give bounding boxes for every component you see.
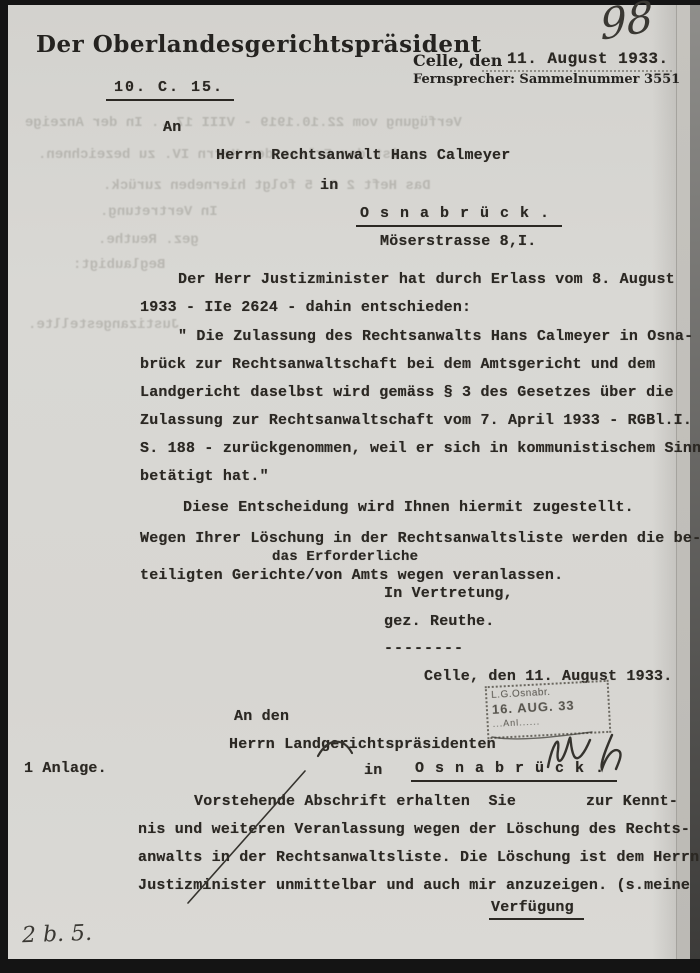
copy-body-line: nis und weiteren Veranlassung wegen der … — [138, 821, 690, 838]
place-label: Celle, den — [413, 51, 502, 70]
address-street: Möserstrasse 8,I. — [380, 233, 536, 250]
bleedthrough-line: Verfügung vom 22.10.1919 - VIII 17 ,. In… — [25, 115, 462, 131]
copy-recipient: Herrn Landgerichtspräsidenten — [229, 736, 496, 753]
quote-line: Zulassung zur Rechtsanwaltschaft vom 7. … — [140, 412, 692, 429]
address-in: in — [320, 177, 338, 194]
bleedthrough-line: Beglaubigt: — [73, 257, 165, 273]
interlinear-correction: das Erforderliche — [272, 549, 418, 565]
address-city: O s n a b r ü c k . — [356, 205, 562, 227]
signoff-line: In Vertretung, — [384, 585, 513, 602]
bleedthrough-line: gez. Reuthe. — [98, 232, 199, 248]
letter-date: 11. August 1933. — [507, 50, 669, 68]
copy-body-line: Verfügung — [489, 899, 584, 920]
body-line: 1933 - IIe 2624 - dahin entschieden: — [140, 299, 471, 316]
received-stamp: L.G.Osnabr. 16. AUG. 33 ...Anl...... — [485, 680, 612, 739]
divider-dashes: -------- — [384, 640, 464, 657]
body-line: Der Herr Justizminister hat durch Erlass… — [178, 271, 675, 288]
address-an: An — [163, 119, 181, 136]
copy-body-line: zur Kennt- — [586, 793, 678, 810]
bleedthrough-line: Das Heft 2 C. 5 folgt hierneben zurück. — [103, 178, 431, 194]
copy-body-line: Justizminister unmittelbar und auch mir … — [138, 877, 690, 894]
file-number: 10. C. 15. — [106, 79, 234, 101]
copy-body-line: anwalts in der Rechtsanwaltsliste. Die L… — [138, 849, 699, 866]
page-edge-dark — [690, 5, 700, 959]
phone-line: Fernsprecher: Sammelnummer 3551 — [413, 72, 680, 87]
quote-line: brück zur Rechtsanwaltschaft bei dem Amt… — [140, 356, 655, 373]
copy-body-line: Vorstehende Abschrift erhalten Sie — [194, 793, 516, 810]
body-line: Wegen Ihrer Löschung in der Rechtsanwalt… — [140, 530, 700, 547]
bleedthrough-line: In Vertretung. — [100, 204, 218, 220]
bleedthrough-line: Justizangestellte. — [28, 317, 179, 333]
quote-line: " Die Zulassung des Rechtsanwalts Hans C… — [178, 328, 693, 345]
attachment-note: 1 Anlage. — [24, 760, 107, 777]
copy-an-den: An den — [234, 708, 289, 725]
quote-line: Landgericht daselbst wird gemäss § 3 des… — [140, 384, 674, 401]
body-line: Diese Entscheidung wird Ihnen hiermit zu… — [183, 499, 634, 516]
address-name: Herrn Rechtsanwalt Hans Calmeyer — [216, 147, 510, 164]
page-edge-strip — [676, 5, 691, 959]
handwritten-filing-note: 2 b. 5. — [22, 921, 93, 948]
document-scan: Verfügung vom 22.10.1919 - VIII 17 ,. In… — [0, 0, 700, 973]
copy-city: O s n a b r ü c k . — [411, 760, 617, 782]
copy-in: in — [364, 762, 382, 779]
body-line: teiligten Gerichte/von Amts wegen veranl… — [140, 567, 563, 584]
signoff-line: gez. Reuthe. — [384, 613, 494, 630]
quote-line: betätigt hat." — [140, 468, 269, 485]
quote-line: S. 188 - zurückgenommen, weil er sich in… — [140, 440, 700, 457]
page-edge-shadow — [652, 5, 676, 959]
